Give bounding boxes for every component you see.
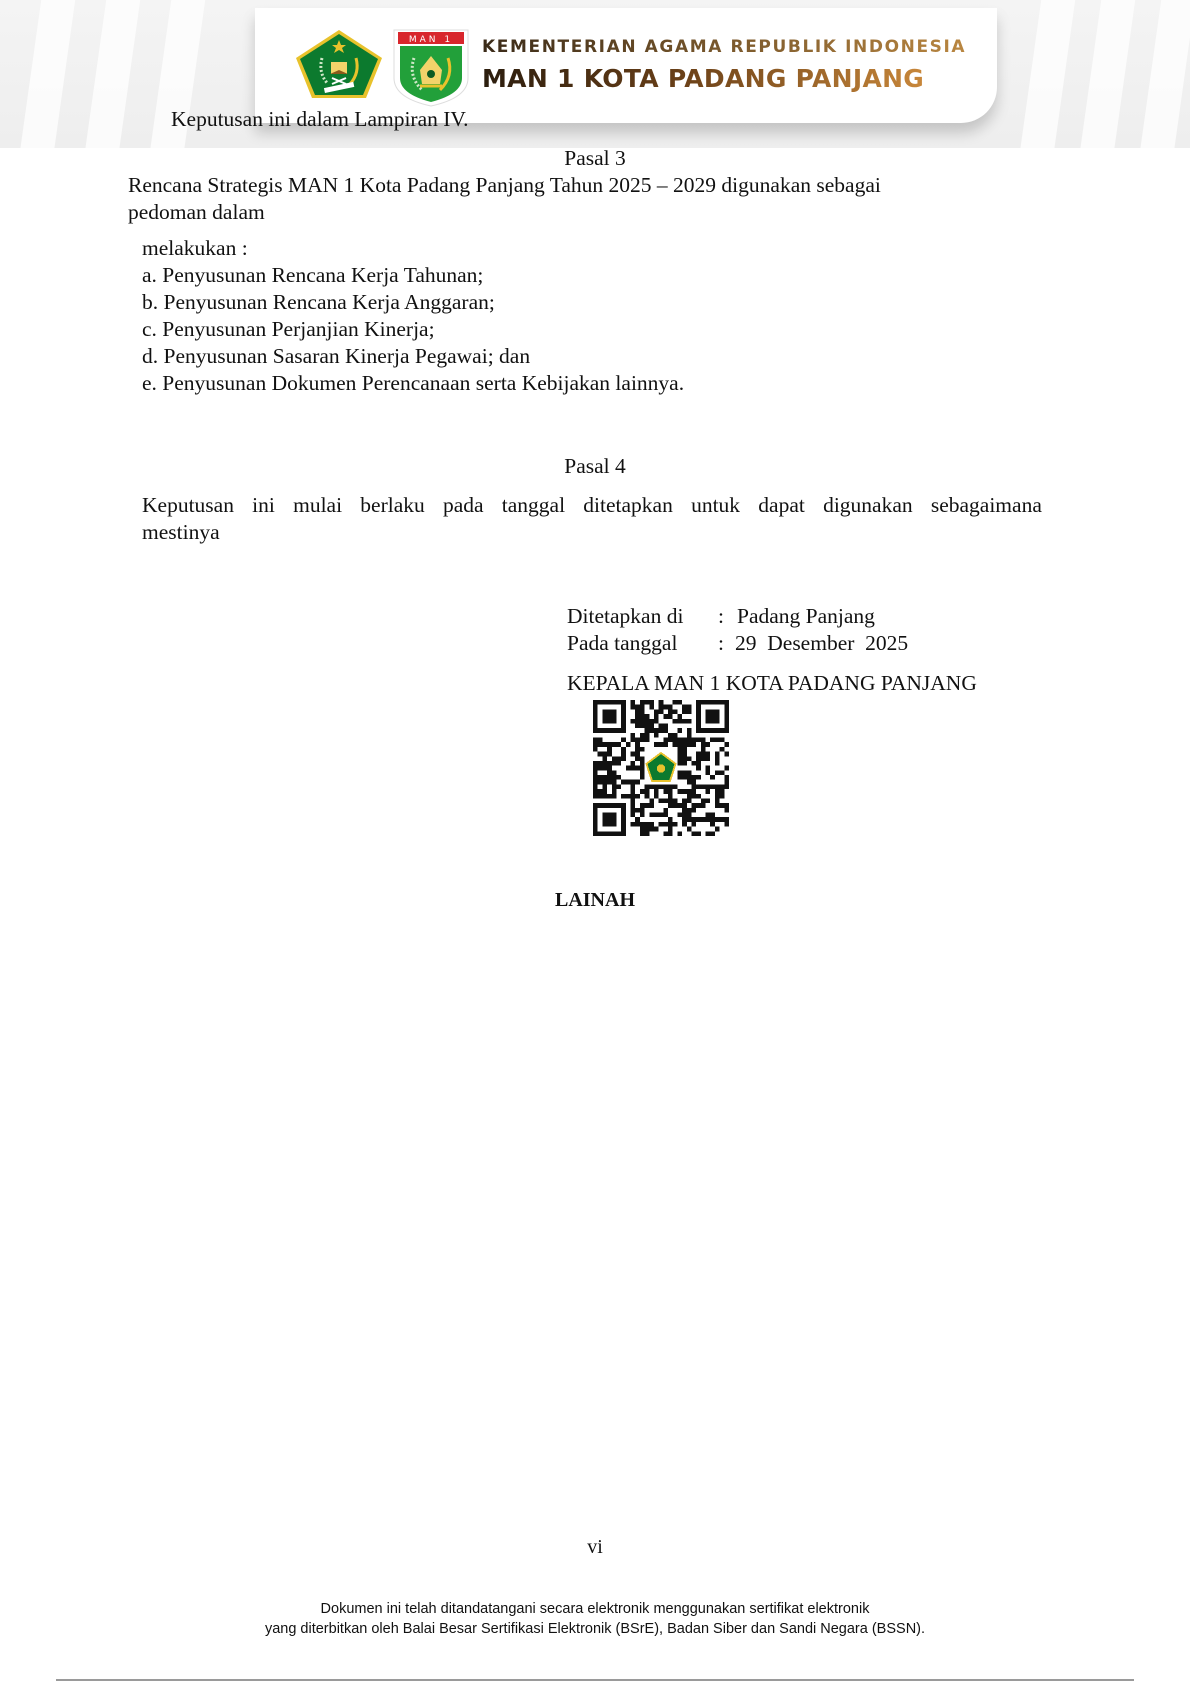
list-text: Penyusunan Sasaran Kinerja Pegawai; dan [164,344,531,368]
word: Keputusan [142,492,234,518]
list-marker: d. [142,344,158,368]
word: dapat [758,492,805,518]
date-label: Pada tanggal [567,630,677,656]
pasal-3-intro-line2: pedoman dalam [128,199,265,225]
place-label: Ditetapkan di [567,603,683,629]
word: pada [443,492,484,518]
word: berlaku [360,492,424,518]
letterhead-institution: MAN 1 KOTA PADANG PANJANG [482,64,924,93]
word: untuk [691,492,740,518]
list-text: Penyusunan Rencana Kerja Tahunan; [162,263,483,287]
list-marker: e. [142,371,157,395]
date-separator: : [718,630,724,656]
list-item: a. Penyusunan Rencana Kerja Tahunan; [142,262,483,288]
page-number: vi [0,1534,1190,1560]
kemenag-emblem-icon [294,28,384,100]
word: ini [252,492,275,518]
letterhead-ministry: KEMENTERIAN AGAMA REPUBLIK INDONESIA [482,37,966,57]
word: sebagaimana [931,492,1042,518]
man1-emblem-icon: MAN 1 [392,28,470,108]
pasal-3-title: Pasal 3 [0,145,1190,171]
bottom-divider [56,1679,1134,1681]
word: ditetapkan [583,492,673,518]
e-signature-note-line1: Dokumen ini telah ditandatangani secara … [0,1600,1190,1619]
list-marker: a. [142,263,157,287]
pasal-3-intro-line1: Rencana Strategis MAN 1 Kota Padang Panj… [128,172,881,198]
place-separator: : [718,603,724,629]
place-value: Padang Panjang [737,603,875,629]
pasal-4-line1: Keputusaninimulaiberlakupadatanggalditet… [142,492,1042,518]
list-marker: b. [142,290,158,314]
list-item: b. Penyusunan Rencana Kerja Anggaran; [142,289,495,315]
signatory-position: KEPALA MAN 1 KOTA PADANG PANJANG [567,670,977,696]
pasal-4-line2: mestinya [142,519,220,545]
e-signature-note-line2: yang diterbitkan oleh Balai Besar Sertif… [0,1620,1190,1639]
list-text: Penyusunan Dokumen Perencanaan serta Keb… [162,371,684,395]
list-text: Penyusunan Perjanjian Kinerja; [162,317,434,341]
pasal-3-intro-line3: melakukan : [142,235,248,261]
list-text: Penyusunan Rencana Kerja Anggaran; [164,290,495,314]
carryover-line: Keputusan ini dalam Lampiran IV. [171,106,469,132]
word: tanggal [502,492,565,518]
word: digunakan [823,492,913,518]
qr-code-icon [593,700,729,836]
list-item: e. Penyusunan Dokumen Perencanaan serta … [142,370,684,396]
list-item: d. Penyusunan Sasaran Kinerja Pegawai; d… [142,343,530,369]
list-marker: c. [142,317,157,341]
list-item: c. Penyusunan Perjanjian Kinerja; [142,316,435,342]
signatory-name: LAINAH [0,887,1190,913]
word: mulai [293,492,342,518]
date-value: 29 Desember 2025 [735,630,908,656]
pasal-4-title: Pasal 4 [0,453,1190,479]
man1-label: MAN 1 [409,35,453,45]
